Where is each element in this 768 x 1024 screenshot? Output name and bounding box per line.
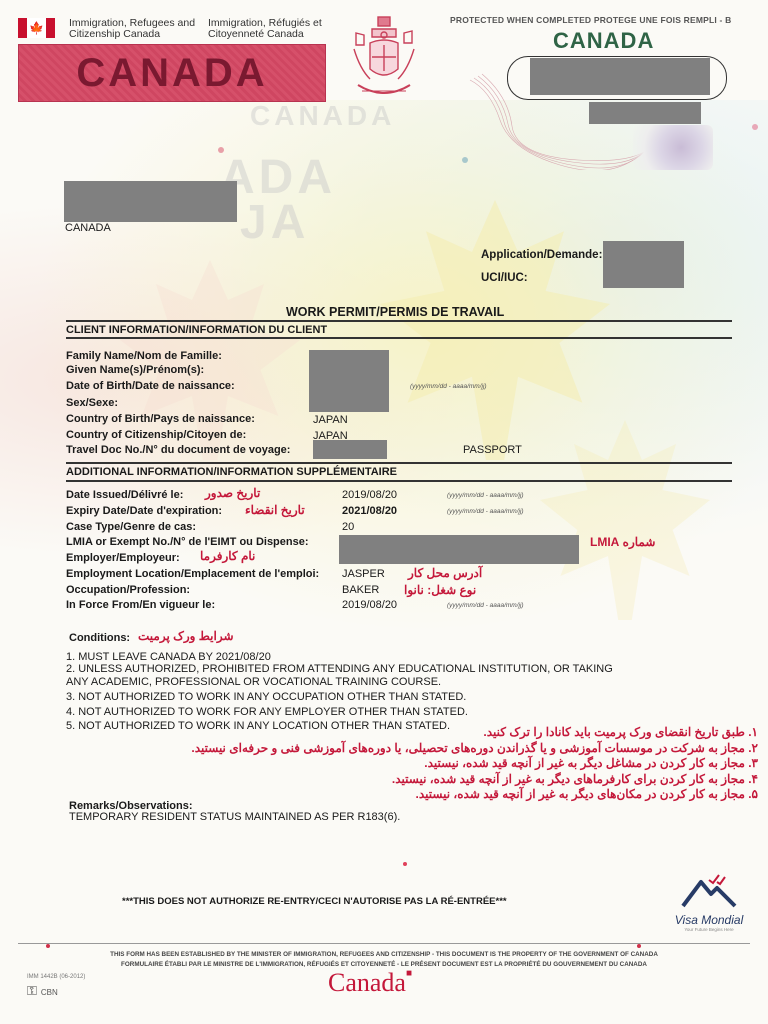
conditions-translation: ۱. طبق تاریخ انقضای ورک پرمیت باید کاناد…: [138, 725, 758, 803]
condition-item: 2. UNLESS AUTHORIZED, PROHIBITED FROM AT…: [66, 663, 613, 676]
occupation-value: BAKER: [342, 584, 379, 597]
case-type-label: Case Type/Genre de cas:: [66, 521, 196, 534]
visa-mondial-logo: Visa Mondial Your Future Begins Here: [664, 872, 754, 932]
additional-section-title: ADDITIONAL INFORMATION/INFORMATION SUPPL…: [66, 466, 397, 478]
canada-flag-icon: 🍁: [18, 18, 55, 38]
address-country: CANADA: [65, 222, 111, 234]
remarks-value: TEMPORARY RESIDENT STATUS MAINTAINED AS …: [69, 811, 400, 823]
key-indicator: ⚿CBN: [27, 984, 58, 999]
divider: [66, 462, 732, 464]
divider: [66, 320, 732, 322]
employment-location-annotation: آدرس محل کار: [408, 566, 482, 580]
redacted-lmia-employer: [339, 535, 579, 564]
application-label: Application/Demande:: [481, 249, 602, 261]
country-of-birth-value: JAPAN: [313, 414, 348, 427]
condition-item: 3. NOT AUTHORIZED TO WORK IN ANY OCCUPAT…: [66, 691, 466, 704]
translation-item: ۵. مجاز به کار کردن در مکان‌های دیگر به …: [138, 787, 758, 803]
expiry-date-annotation: تاریخ انقضاء: [245, 503, 305, 517]
case-type-value: 20: [342, 521, 354, 534]
employer-label: Employer/Employeur:: [66, 552, 180, 565]
translation-item: ۳. مجاز به کار کردن در مشاغل دیگر به غیر…: [138, 756, 758, 772]
date-issued-label: Date Issued/Délivré le:: [66, 489, 183, 502]
footer-line-fr: FORMULAIRE ÉTABLI PAR LE MINISTRE DE L'I…: [0, 961, 768, 968]
date-issued-value: 2019/08/20: [342, 489, 397, 502]
redacted-address: [64, 181, 237, 222]
travel-doc-label: Travel Doc No./N° du document de voyage:: [66, 444, 290, 457]
translation-item: ۲. مجاز به شرکت در موسسات آموزشی و یا گذ…: [138, 741, 758, 757]
conditions-label: Conditions:: [69, 632, 130, 645]
expiry-date-value: 2021/08/20: [342, 505, 397, 518]
employment-location-label: Employment Location/Emplacement de l'emp…: [66, 568, 319, 581]
redacted-permit-number: [530, 58, 710, 95]
footer-divider: [18, 943, 750, 944]
client-section-title: CLIENT INFORMATION/INFORMATION DU CLIENT: [66, 324, 327, 336]
document-title: WORK PERMIT/PERMIS DE TRAVAIL: [286, 305, 504, 319]
citizenship-label: Country of Citizenship/Citoyen de:: [66, 429, 246, 442]
condition-item: 4. NOT AUTHORIZED TO WORK FOR ANY EMPLOY…: [66, 706, 468, 719]
employer-annotation: نام کارفرما: [200, 549, 255, 563]
employment-location-value: JASPER: [342, 568, 385, 581]
redacted-personal-info: [309, 350, 389, 412]
conditions-annotation: شرایط ورک پرمیت: [138, 629, 234, 643]
family-name-label: Family Name/Nom de Famille:: [66, 350, 222, 363]
country-of-birth-label: Country of Birth/Pays de naissance:: [66, 413, 255, 426]
protected-notice: PROTECTED WHEN COMPLETED PROTEGE UNE FOI…: [450, 15, 731, 25]
footer-line-en: THIS FORM HAS BEEN ESTABLISHED BY THE MI…: [0, 951, 768, 958]
divider: [66, 337, 732, 339]
in-force-label: In Force From/En vigueur le:: [66, 599, 215, 612]
translation-item: ۴. مجاز به کار کردن برای کارفرماهای دیگر…: [138, 772, 758, 788]
redacted-field: [589, 102, 701, 124]
department-name-en: Immigration, Refugees and Citizenship Ca…: [69, 18, 195, 40]
date-issued-annotation: تاریخ صدور: [205, 486, 260, 500]
canada-wordmark: Canada■: [328, 968, 412, 998]
date-format-hint: (yyyy/mm/dd - aaaa/mm/jj): [447, 508, 524, 515]
reentry-notice: ***THIS DOES NOT AUTHORIZE RE-ENTRY/CECI…: [122, 896, 507, 907]
in-force-value: 2019/08/20: [342, 599, 397, 612]
flag-mini-icon: ■: [406, 968, 412, 979]
mountain-logo-icon: [679, 872, 739, 910]
given-name-label: Given Name(s)/Prénom(s):: [66, 364, 204, 377]
dob-format-hint: (yyyy/mm/dd - aaaa/mm/jj): [410, 383, 487, 390]
date-format-hint: (yyyy/mm/dd - aaaa/mm/jj): [447, 602, 524, 609]
uci-label: UCI/IUC:: [481, 272, 528, 284]
key-icon: ⚿: [27, 984, 37, 999]
date-format-hint: (yyyy/mm/dd - aaaa/mm/jj): [447, 492, 524, 499]
divider: [66, 480, 732, 482]
condition-item: ANY ACADEMIC, PROFESSIONAL OR VOCATIONAL…: [66, 676, 441, 689]
expiry-date-label: Expiry Date/Date d'expiration:: [66, 505, 222, 518]
hologram-icon: [633, 125, 713, 170]
redacted-application-number: [603, 241, 684, 288]
dob-label: Date of Birth/Date de naissance:: [66, 380, 235, 393]
coat-of-arms-icon: [348, 15, 420, 100]
occupation-label: Occupation/Profession:: [66, 584, 190, 597]
lmia-label: LMIA or Exempt No./N° de l'EIMT ou Dispe…: [66, 536, 309, 549]
occupation-annotation: نوع شغل: نانوا: [404, 583, 476, 597]
redacted-travel-doc: [313, 440, 387, 459]
translation-item: ۱. طبق تاریخ انقضای ورک پرمیت باید کاناد…: [138, 725, 758, 741]
sex-label: Sex/Sexe:: [66, 397, 118, 410]
canada-security-band: CANADA: [18, 44, 326, 102]
lmia-annotation: شماره LMIA: [590, 535, 655, 549]
department-name-fr: Immigration, Réfugiés et Citoyenneté Can…: [208, 18, 322, 40]
doc-type-value: PASSPORT: [463, 444, 522, 457]
form-number: IMM 1442B (06-2012): [27, 974, 85, 980]
